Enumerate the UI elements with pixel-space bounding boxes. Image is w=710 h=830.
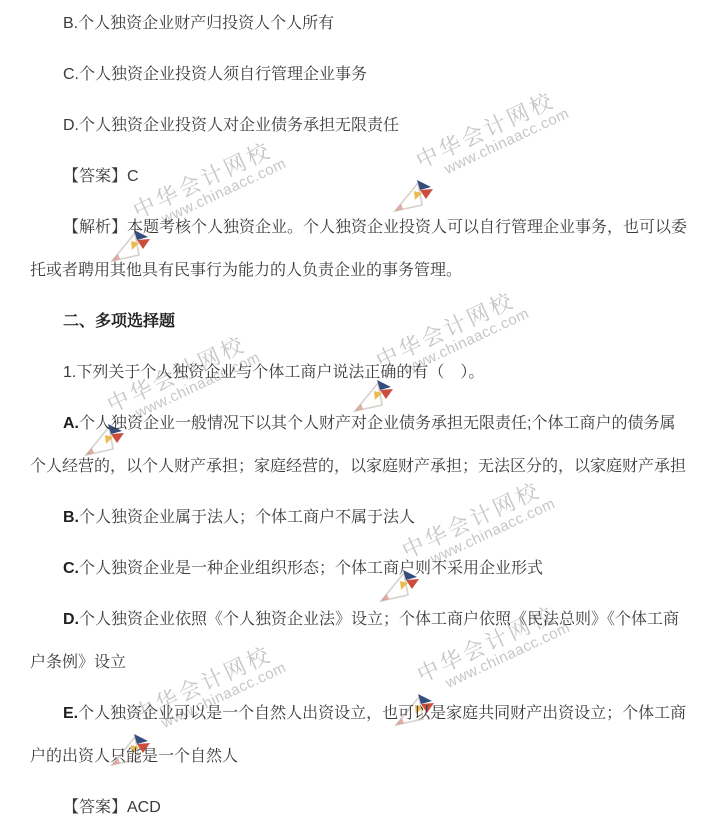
text-line-option: D.个人独资企业投资人对企业债务承担无限责任 bbox=[30, 115, 700, 137]
line-text: 【解析】本题考核个人独资企业。个人独资企业投资人可以自行管理企业事务，也可以委 bbox=[63, 219, 687, 236]
option-letter: A. bbox=[63, 415, 79, 432]
line-text: 【答案】C bbox=[63, 168, 139, 185]
text-line-option: C.个人独资企业投资人须自行管理企业事务 bbox=[30, 64, 700, 86]
text-line-section-heading: 二、多项选择题 bbox=[30, 311, 700, 333]
line-text: 个人独资企业一般情况下以其个人财产对企业债务承担无限责任;个体工商户的债务属 bbox=[79, 415, 675, 432]
document-text: B.个人独资企业财产归投资人个人所有C.个人独资企业投资人须自行管理企业事务D.… bbox=[0, 0, 710, 819]
line-text: B.个人独资企业财产归投资人个人所有 bbox=[63, 15, 334, 32]
text-line-option-cont: 户的出资人只能是一个自然人 bbox=[30, 746, 700, 768]
text-line-answer: 【答案】ACD bbox=[30, 797, 700, 819]
exam-document-page: 中华会计网校www.chinaacc.com中华会计网校www.chinaacc… bbox=[0, 0, 710, 830]
option-letter: B. bbox=[63, 509, 79, 526]
text-line-option: A.个人独资企业一般情况下以其个人财产对企业债务承担无限责任;个体工商户的债务属 bbox=[30, 413, 700, 435]
text-line-option: D.个人独资企业依照《个人独资企业法》设立；个体工商户依照《民法总则》《个体工商 bbox=[30, 609, 700, 631]
line-text: 个人独资企业可以是一个自然人出资设立，也可以是家庭共同财产出资设立；个体工商 bbox=[78, 705, 686, 722]
line-text: 【答案】ACD bbox=[63, 799, 161, 816]
text-line-option: B.个人独资企业属于法人；个体工商户不属于法人 bbox=[30, 507, 700, 529]
line-text: 个人经营的，以个人财产承担；家庭经营的，以家庭财产承担；无法区分的，以家庭财产承… bbox=[30, 458, 686, 475]
text-line-analysis-cont: 托或者聘用其他具有民事行为能力的人负责企业的事务管理。 bbox=[30, 260, 700, 282]
option-letter: D. bbox=[63, 611, 79, 628]
line-text: 个人独资企业依照《个人独资企业法》设立；个体工商户依照《民法总则》《个体工商 bbox=[79, 611, 679, 628]
line-text: 1.下列关于个人独资企业与个体工商户说法正确的有（ ）。 bbox=[63, 364, 484, 381]
text-line-option-cont: 个人经营的，以个人财产承担；家庭经营的，以家庭财产承担；无法区分的，以家庭财产承… bbox=[30, 456, 700, 478]
text-line-option: B.个人独资企业财产归投资人个人所有 bbox=[30, 13, 700, 35]
line-text: 个人独资企业属于法人；个体工商户不属于法人 bbox=[79, 509, 415, 526]
text-line-analysis: 【解析】本题考核个人独资企业。个人独资企业投资人可以自行管理企业事务，也可以委 bbox=[30, 217, 700, 239]
text-line-option-cont: 户条例》设立 bbox=[30, 652, 700, 674]
line-text: 个人独资企业是一种企业组织形态；个体工商户则不采用企业形式 bbox=[79, 560, 543, 577]
line-text: C.个人独资企业投资人须自行管理企业事务 bbox=[63, 66, 367, 83]
option-letter: E. bbox=[63, 705, 78, 722]
line-text: 户的出资人只能是一个自然人 bbox=[30, 748, 238, 765]
line-text: 户条例》设立 bbox=[30, 654, 126, 671]
text-line-answer: 【答案】C bbox=[30, 166, 700, 188]
line-text: 二、多项选择题 bbox=[63, 313, 175, 330]
text-line-question: 1.下列关于个人独资企业与个体工商户说法正确的有（ ）。 bbox=[30, 362, 700, 384]
line-text: 托或者聘用其他具有民事行为能力的人负责企业的事务管理。 bbox=[30, 262, 462, 279]
text-line-option: E.个人独资企业可以是一个自然人出资设立，也可以是家庭共同财产出资设立；个体工商 bbox=[30, 703, 700, 725]
text-line-option: C.个人独资企业是一种企业组织形态；个体工商户则不采用企业形式 bbox=[30, 558, 700, 580]
option-letter: C. bbox=[63, 560, 79, 577]
line-text: D.个人独资企业投资人对企业债务承担无限责任 bbox=[63, 117, 399, 134]
